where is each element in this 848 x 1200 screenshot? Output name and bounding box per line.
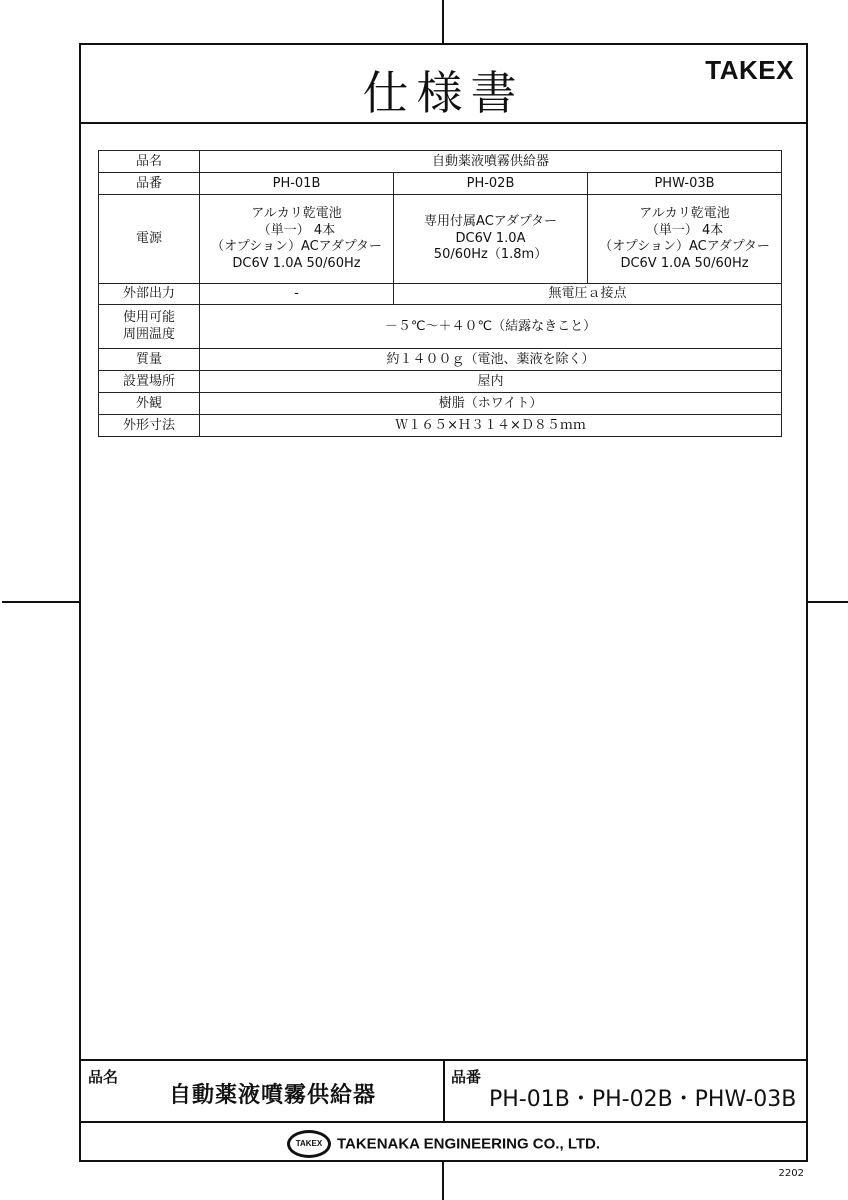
table-row-product-name: 品名 自動薬液噴霧供給器 [99, 151, 782, 173]
footer-code-label: 品番 [451, 1066, 481, 1087]
table-row-installation-location: 設置場所 屋内 [99, 371, 782, 393]
power-line: アルカリ乾電池 [200, 206, 393, 223]
footer-name-label: 品名 [88, 1066, 118, 1087]
row-label: 外形寸法 [99, 415, 200, 437]
table-row-dimensions: 外形寸法 Ｗ１６５×Ｈ３１４×Ｄ８５ｍｍ [99, 415, 782, 437]
power-line: （オプション）ACアダプター [200, 239, 393, 256]
model-ph01b: PH-01B [200, 173, 394, 195]
takex-logo-icon: TAKEX [287, 1130, 331, 1158]
model-ph02b: PH-02B [394, 173, 588, 195]
table-row-operating-temperature: 使用可能 周囲温度 －５℃～＋４０℃（結露なきこと） [99, 305, 782, 349]
power-ph01b: アルカリ乾電池 （単一） 4本 （オプション）ACアダプター DC6V 1.0A… [200, 195, 394, 284]
document-number: 2202 [779, 1168, 804, 1179]
power-line: DC6V 1.0A 50/60Hz [200, 256, 393, 273]
power-phw03b: アルカリ乾電池 （単一） 4本 （オプション）ACアダプター DC6V 1.0A… [588, 195, 782, 284]
table-row-exterior: 外観 樹脂（ホワイト） [99, 393, 782, 415]
header-divider [81, 122, 806, 124]
row-value: 自動薬液噴霧供給器 [200, 151, 782, 173]
label-line: 周囲温度 [99, 327, 199, 344]
power-line: DC6V 1.0A 50/60Hz [588, 256, 781, 273]
footer-code-value: PH-01B・PH-02B・PHW-03B [489, 1082, 796, 1113]
footer-divider-vertical [443, 1059, 445, 1121]
footer-divider-bottom [81, 1121, 806, 1123]
power-ph02b: 専用付属ACアダプター DC6V 1.0A 50/60Hz（1.8m） [394, 195, 588, 284]
crop-mark-top [442, 0, 444, 43]
row-label: 設置場所 [99, 371, 200, 393]
table-row-weight: 質量 約１４００ｇ（電池、薬液を除く） [99, 349, 782, 371]
row-label: 外部出力 [99, 284, 200, 305]
row-label: 品名 [99, 151, 200, 173]
table-row-power-source: 電源 アルカリ乾電池 （単一） 4本 （オプション）ACアダプター DC6V 1… [99, 195, 782, 284]
power-line: 専用付属ACアダプター [394, 214, 587, 231]
power-line: 50/60Hz（1.8m） [394, 247, 587, 264]
footer-name-value: 自動薬液噴霧供給器 [169, 1078, 376, 1109]
crop-mark-right [806, 601, 848, 603]
power-line: （オプション）ACアダプター [588, 239, 781, 256]
row-label: 使用可能 周囲温度 [99, 305, 200, 349]
label-line: 使用可能 [99, 310, 199, 327]
row-label: 品番 [99, 173, 200, 195]
output-ph02b-phw03b: 無電圧ａ接点 [394, 284, 782, 305]
model-phw03b: PHW-03B [588, 173, 782, 195]
power-line: DC6V 1.0A [394, 231, 587, 248]
crop-mark-bottom [442, 1160, 444, 1200]
spec-sheet-frame: 仕様書 TAKEX 品名 自動薬液噴霧供給器 品番 PH-01B PH-02B … [79, 43, 808, 1162]
row-value: 屋内 [200, 371, 782, 393]
spec-table: 品名 自動薬液噴霧供給器 品番 PH-01B PH-02B PHW-03B 電源… [98, 150, 782, 437]
row-value: Ｗ１６５×Ｈ３１４×Ｄ８５ｍｍ [200, 415, 782, 437]
power-line: （単一） 4本 [588, 223, 781, 240]
page-title: 仕様書 [81, 57, 806, 123]
row-label: 外観 [99, 393, 200, 415]
row-value: 樹脂（ホワイト） [200, 393, 782, 415]
brand-logo: TAKEX [705, 55, 794, 86]
row-value: 約１４００ｇ（電池、薬液を除く） [200, 349, 782, 371]
row-label: 電源 [99, 195, 200, 284]
output-ph01b: - [200, 284, 394, 305]
company-name: TAKENAKA ENGINEERING CO., LTD. [337, 1136, 600, 1153]
crop-mark-left [2, 601, 79, 603]
row-value: －５℃～＋４０℃（結露なきこと） [200, 305, 782, 349]
table-row-model-number: 品番 PH-01B PH-02B PHW-03B [99, 173, 782, 195]
company-block: TAKEXTAKENAKA ENGINEERING CO., LTD. [81, 1130, 806, 1158]
table-row-external-output: 外部出力 - 無電圧ａ接点 [99, 284, 782, 305]
row-label: 質量 [99, 349, 200, 371]
power-line: アルカリ乾電池 [588, 206, 781, 223]
power-line: （単一） 4本 [200, 223, 393, 240]
